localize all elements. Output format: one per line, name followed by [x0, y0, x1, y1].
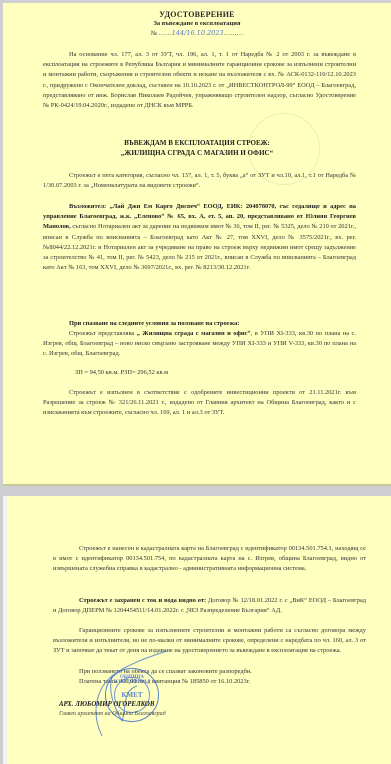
stamp-text-center: КМЕТ — [106, 691, 158, 699]
signatory-role: Главен архитект на Община Благоевград — [59, 711, 166, 717]
assignor-paragraph: Възложител: „Лай Джи Ем Карго Диспеч“ ЕО… — [43, 202, 356, 273]
compliance-paragraph: Строежът е изпълнен в съответствие с одо… — [43, 388, 356, 419]
assignor-rest: съгласно Нотариален акт за дарение на не… — [43, 223, 356, 271]
stamp-text-top: ОБЩИНА БЛАГОЕВГРАД — [106, 675, 158, 685]
number-prefix: № …… — [151, 30, 172, 37]
conditions-heading: При спазване на следните условия за полз… — [43, 319, 356, 329]
document-page-2: Строежът е нанесен в кадастралната карта… — [3, 496, 391, 764]
utilities-paragraph: Строежът е захранен с ток и вода видно о… — [53, 596, 366, 616]
intro-paragraph: На основание чл. 177, ал. 3 от ЗУТ, чл. … — [43, 50, 356, 111]
areas-line: ЗП = 94,50 кв.м. РЗП= 296,52 кв.м — [43, 368, 356, 378]
conditions-bold: „ Жилищна сграда с магазин и офис“ — [137, 330, 251, 337]
heading-line-2: „ЖИЛИЩНА СГРАДА С МАГАЗИН И ОФИС“ — [3, 148, 391, 158]
number-suffix: ……… — [224, 30, 244, 37]
conditions-pre: Строежът представлява — [69, 330, 137, 337]
signatory-name: АРХ. ЛЮБОМИР ОГОРЕЛКОВ — [59, 701, 154, 708]
document-page-1: УДОСТОВЕРЕНИЕ За въвеждане в експлоатаци… — [3, 3, 391, 486]
handwritten-number: 144/16.10.2023 — [172, 29, 224, 37]
document-number: № ……144/16.10.2023……… — [3, 29, 391, 37]
utilities-bold: Строежът е захранен с ток и вода видно о… — [79, 597, 206, 604]
document-title: УДОСТОВЕРЕНИЕ — [3, 10, 391, 19]
conditions-paragraph: Строежът представлява „ Жилищна сграда с… — [43, 329, 356, 360]
heading-line-1: ВЪВЕЖДАМ В ЕКСПЛОАТАЦИЯ СТРОЕЖ: — [3, 138, 391, 148]
category-paragraph: Строежът е пета категория, съгласно чл. … — [43, 171, 356, 191]
document-subtitle: За въвеждане в експлоатация — [3, 20, 391, 27]
cadastre-paragraph: Строежът е нанесен в кадастралната карта… — [53, 544, 366, 575]
